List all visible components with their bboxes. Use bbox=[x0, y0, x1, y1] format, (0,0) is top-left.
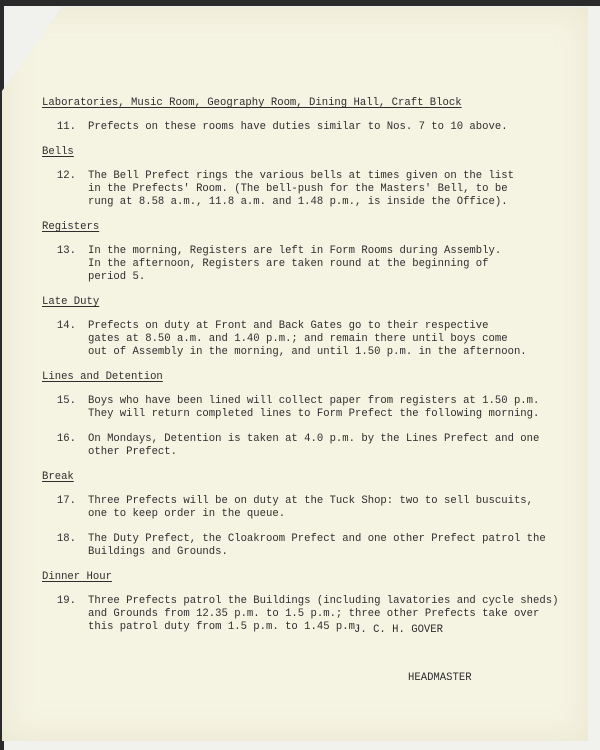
paper-sheet: Laboratories, Music Room, Geography Room… bbox=[2, 7, 588, 741]
document-body: Laboratories, Music Room, Geography Room… bbox=[42, 97, 572, 646]
rule-number: 12. bbox=[42, 170, 88, 209]
rule-item: 18. The Duty Prefect, the Cloakroom Pref… bbox=[42, 533, 572, 559]
rule-number: 14. bbox=[42, 320, 88, 359]
rule-item: 15. Boys who have been lined will collec… bbox=[42, 395, 572, 421]
rule-text: On Mondays, Detention is taken at 4.0 p.… bbox=[88, 433, 572, 459]
rule-item: 19. Three Prefects patrol the Buildings … bbox=[42, 595, 572, 634]
section-heading: Late Duty bbox=[42, 296, 572, 309]
rule-text: Boys who have been lined will collect pa… bbox=[88, 395, 572, 421]
rule-text: The Duty Prefect, the Cloakroom Prefect … bbox=[88, 533, 572, 559]
rule-text: Prefects on these rooms have duties simi… bbox=[88, 121, 572, 134]
section-lines-detention: Lines and Detention 15. Boys who have be… bbox=[42, 371, 572, 459]
rule-text: In the morning, Registers are left in Fo… bbox=[88, 245, 572, 284]
rule-item: 13. In the morning, Registers are left i… bbox=[42, 245, 572, 284]
rule-item: 14. Prefects on duty at Front and Back G… bbox=[42, 320, 572, 359]
rule-number: 19. bbox=[42, 595, 88, 634]
section-heading: Dinner Hour bbox=[42, 571, 572, 584]
section-laboratories: Laboratories, Music Room, Geography Room… bbox=[42, 97, 572, 134]
section-heading: Break bbox=[42, 471, 572, 484]
rule-text: Three Prefects patrol the Buildings (inc… bbox=[88, 595, 572, 634]
rule-number: 11. bbox=[42, 121, 88, 134]
rule-number: 18. bbox=[42, 533, 88, 559]
section-dinner-hour: Dinner Hour 19. Three Prefects patrol th… bbox=[42, 571, 572, 634]
rule-item: 11. Prefects on these rooms have duties … bbox=[42, 121, 572, 134]
rule-number: 16. bbox=[42, 433, 88, 459]
section-heading: Bells bbox=[42, 146, 572, 159]
section-bells: Bells 12. The Bell Prefect rings the var… bbox=[42, 146, 572, 209]
rule-item: 16. On Mondays, Detention is taken at 4.… bbox=[42, 433, 572, 459]
rule-number: 17. bbox=[42, 495, 88, 521]
section-heading: Lines and Detention bbox=[42, 371, 572, 384]
rule-number: 15. bbox=[42, 395, 88, 421]
signature-name: J. C. H. GOVER bbox=[354, 624, 443, 636]
section-late-duty: Late Duty 14. Prefects on duty at Front … bbox=[42, 296, 572, 359]
scan-border-top bbox=[0, 0, 600, 6]
rule-text: Prefects on duty at Front and Back Gates… bbox=[88, 320, 572, 359]
signature-title: HEADMASTER bbox=[408, 672, 472, 684]
section-heading: Registers bbox=[42, 221, 572, 234]
rule-item: 17. Three Prefects will be on duty at th… bbox=[42, 495, 572, 521]
rule-number: 13. bbox=[42, 245, 88, 284]
section-break: Break 17. Three Prefects will be on duty… bbox=[42, 471, 572, 559]
section-registers: Registers 13. In the morning, Registers … bbox=[42, 221, 572, 284]
rule-text: The Bell Prefect rings the various bells… bbox=[88, 170, 572, 209]
section-heading: Laboratories, Music Room, Geography Room… bbox=[42, 97, 572, 110]
rule-text: Three Prefects will be on duty at the Tu… bbox=[88, 495, 572, 521]
rule-item: 12. The Bell Prefect rings the various b… bbox=[42, 170, 572, 209]
